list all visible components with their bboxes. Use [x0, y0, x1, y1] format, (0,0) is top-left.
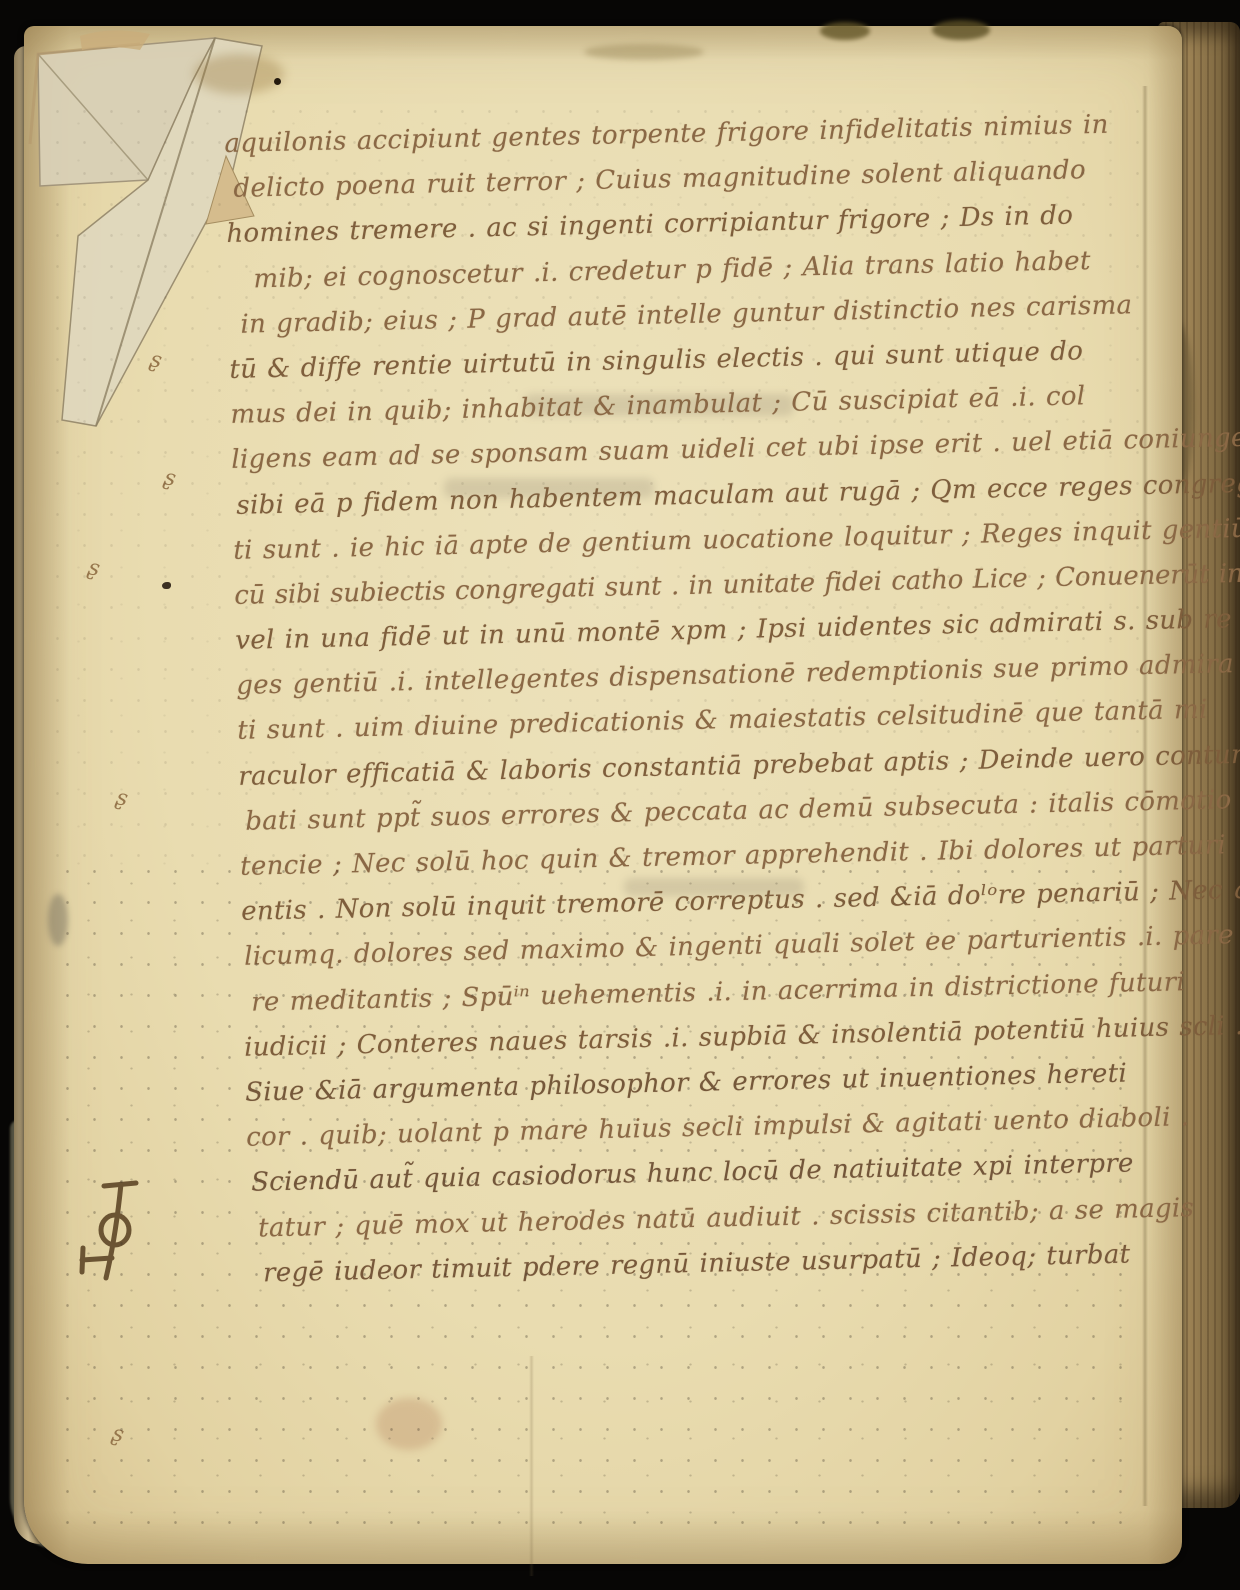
parchment-stain [48, 894, 68, 946]
parchment-stain [376, 1398, 442, 1450]
edge-stain [584, 44, 704, 60]
text-block: aquilonis accipiunt gentes torpente frig… [224, 101, 1199, 1296]
parchment-crease [529, 1356, 534, 1576]
parchment-page: aquilonis accipiunt gentes torpente frig… [24, 26, 1182, 1564]
ink-blot [162, 582, 171, 589]
edge-stain [932, 20, 990, 40]
margin-mark: ʂ [162, 465, 178, 492]
margin-mark: ʂ [114, 785, 130, 812]
edge-stain [820, 22, 870, 40]
margin-mark: ʂ [110, 1421, 126, 1448]
ink-dot [274, 78, 281, 85]
margin-mark: ʂ [86, 555, 102, 582]
margin-nota-symbol [74, 1176, 144, 1286]
manuscript-photograph: aquilonis accipiunt gentes torpente frig… [0, 0, 1240, 1590]
